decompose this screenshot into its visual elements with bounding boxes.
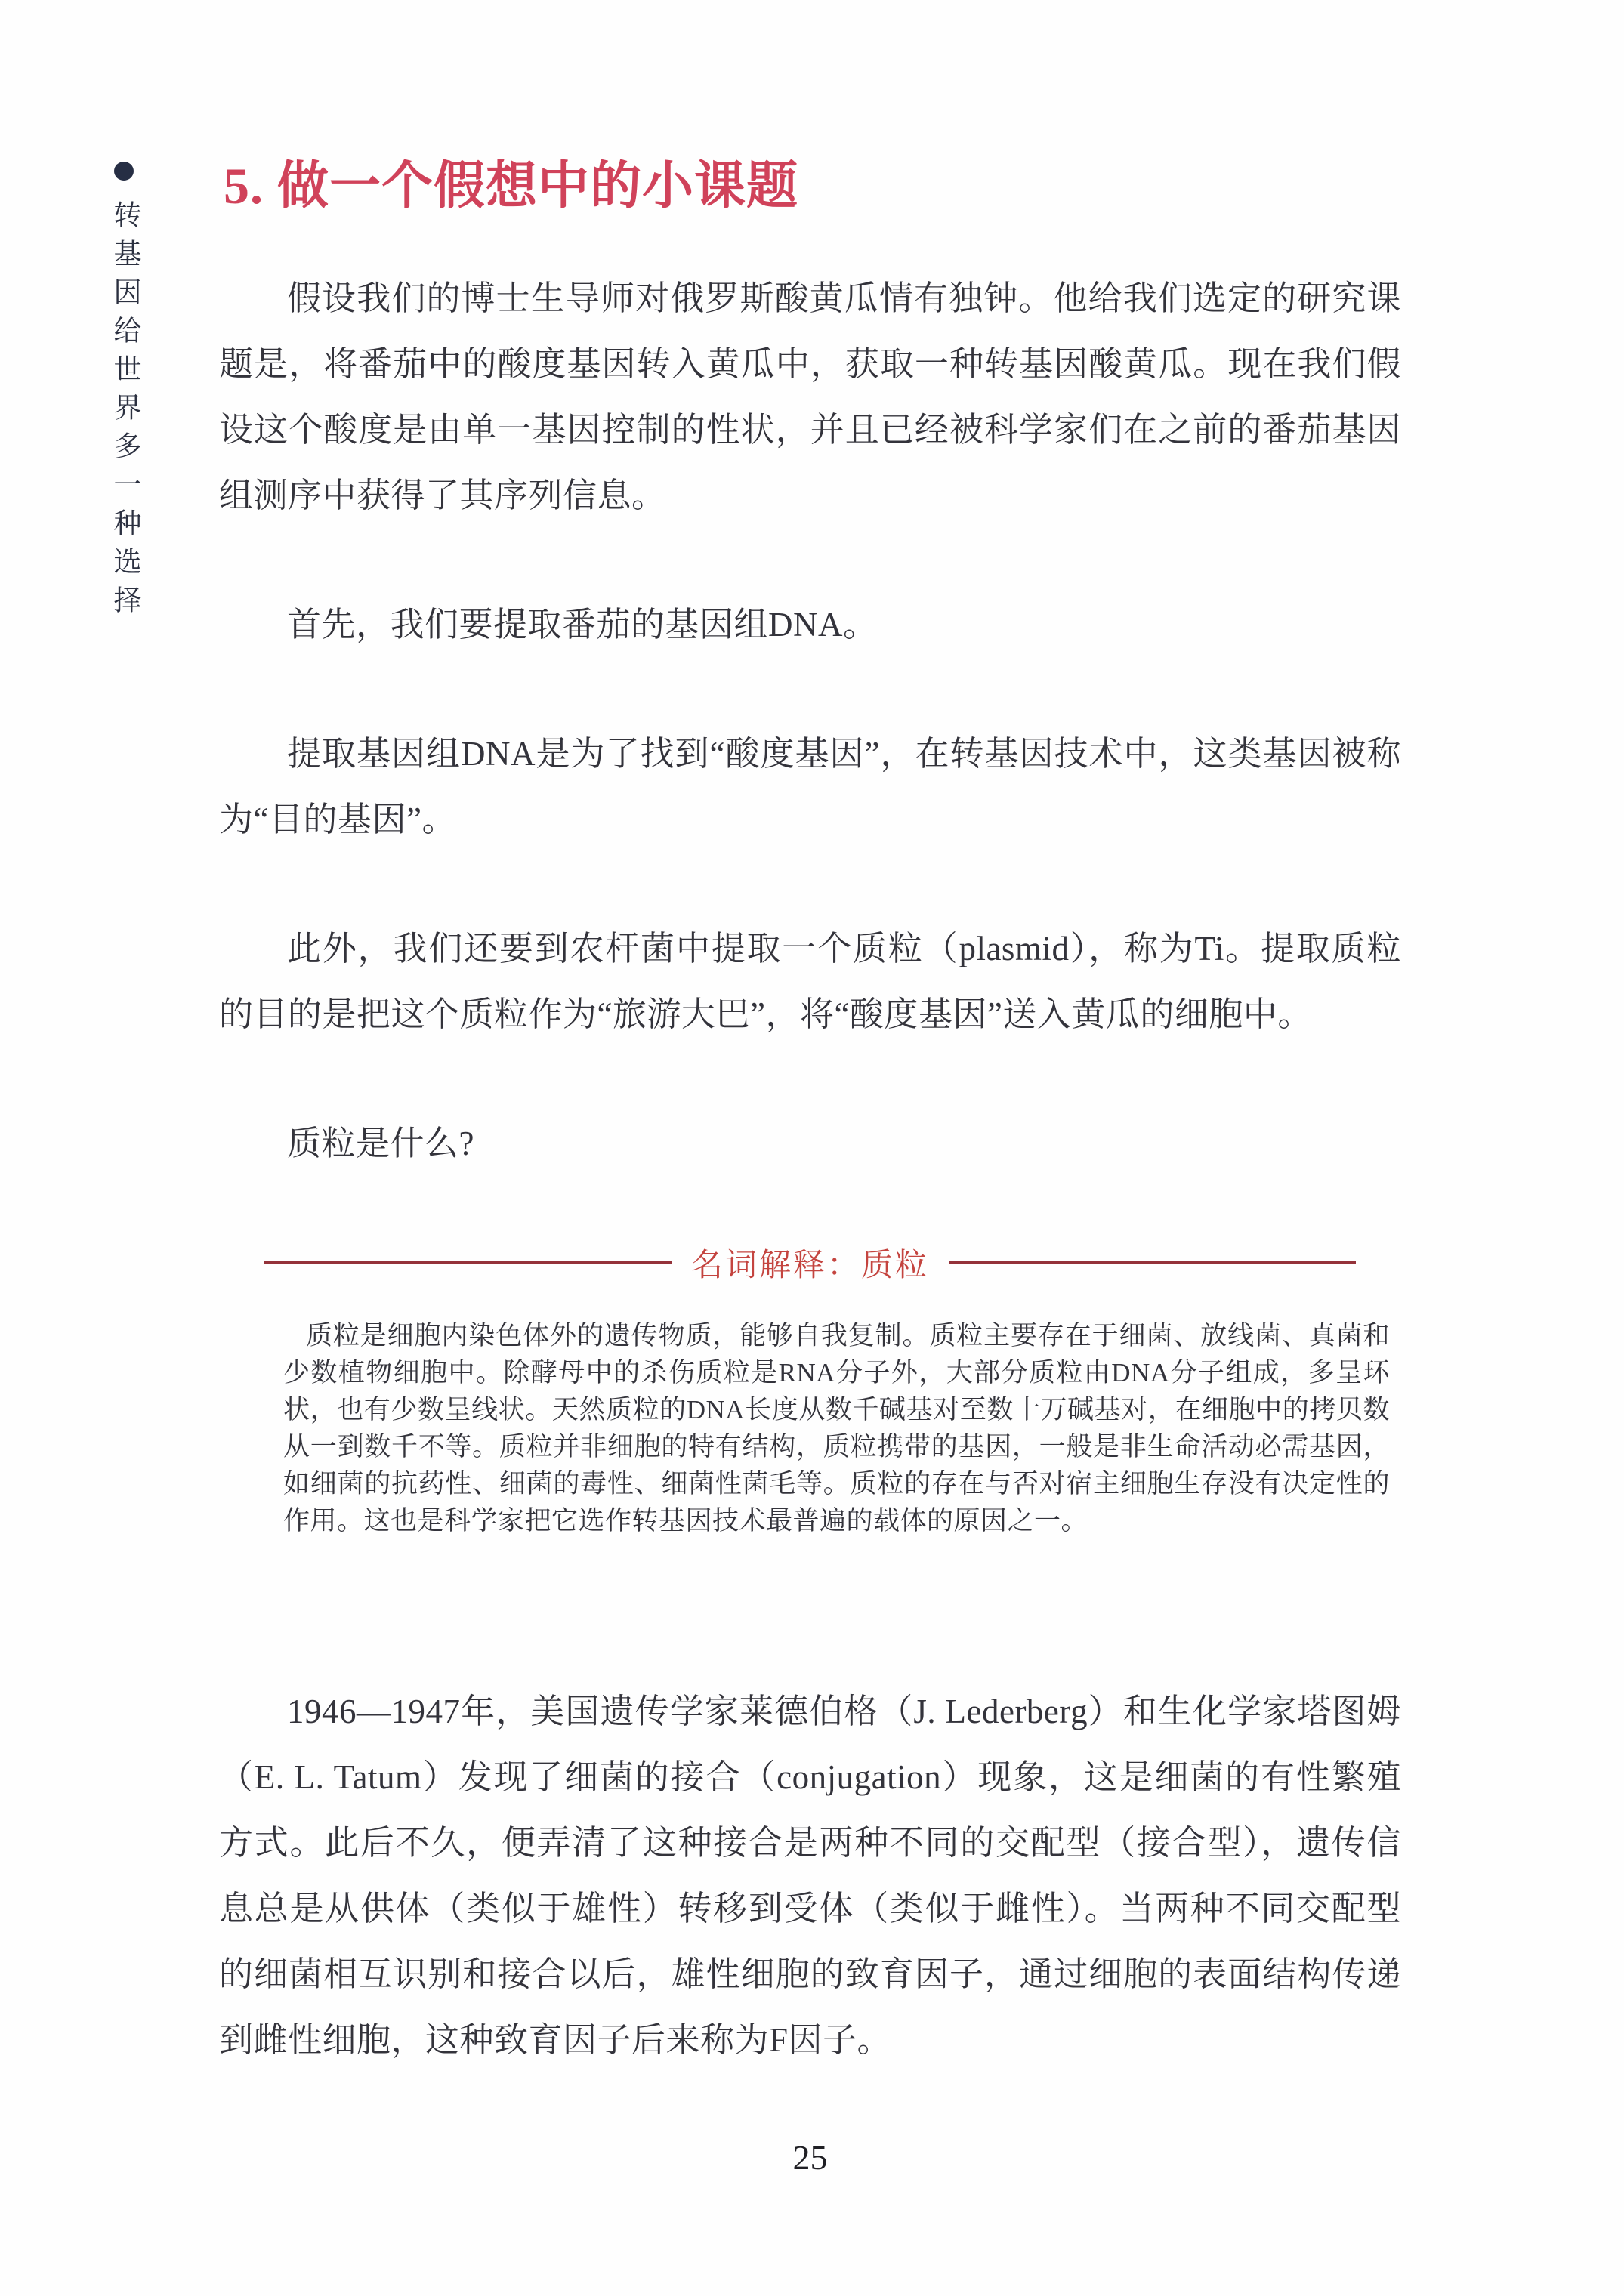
section-heading: 5. 做一个假想中的小课题 [224,151,1401,221]
paragraph-4: 此外，我们还要到农杆菌中提取一个质粒（plasmid），称为Ti。提取质粒的目的… [219,916,1401,1048]
margin-vertical-title: 转基因给世界多一种选择 [103,200,144,624]
glossary-title: 名词解释：质粒 [691,1240,929,1285]
page-number: 25 [219,2137,1401,2179]
paragraph-5: 质粒是什么? [219,1111,1401,1177]
paragraph-2: 首先，我们要提取番茄的基因组DNA。 [219,592,1401,658]
glossary-rule-right [949,1261,1356,1264]
paragraph-3: 提取基因组DNA是为了找到“酸度基因”，在转基因技术中，这类基因被称为“目的基因… [219,721,1401,853]
margin-sidebar: 转基因给世界多一种选择 [98,162,150,628]
paragraph-6: 1946—1947年，美国遗传学家莱德伯格（J. Lederberg）和生化学家… [219,1679,1401,2073]
page-content: 5. 做一个假想中的小课题 假设我们的博士生导师对俄罗斯酸黄瓜情有独钟。他给我们… [219,151,1401,2179]
glossary-header: 名词解释：质粒 [264,1240,1356,1285]
paragraph-1: 假设我们的博士生导师对俄罗斯酸黄瓜情有独钟。他给我们选定的研究课题是，将番茄中的… [219,266,1401,529]
glossary-rule-left [264,1261,672,1264]
book-page: 转基因给世界多一种选择 5. 做一个假想中的小课题 假设我们的博士生导师对俄罗斯… [0,0,1624,2296]
bullet-dot-icon [114,162,134,181]
glossary-body: 质粒是细胞内染色体外的遗传物质，能够自我复制。质粒主要存在于细菌、放线菌、真菌和… [283,1317,1390,1576]
